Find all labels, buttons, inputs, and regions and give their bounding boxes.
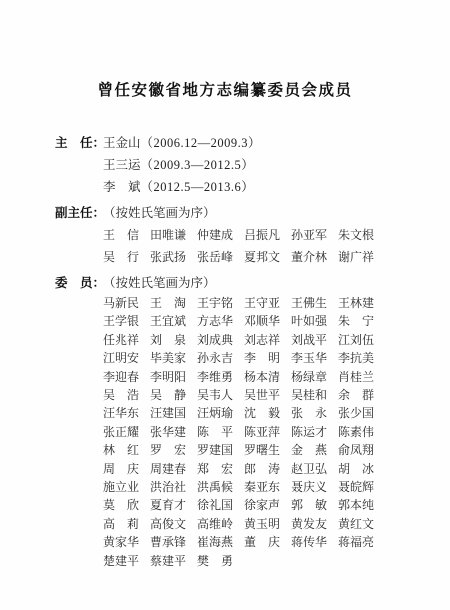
person-name: 张正耀 — [103, 423, 139, 441]
name-row: 王学银王宜斌方志华邓顺华叶如强朱 宁 — [103, 312, 450, 330]
person-name: 吴 浩 — [103, 386, 139, 404]
person-name: 罗 宏 — [150, 441, 186, 459]
person-name: 高俊文 — [150, 515, 186, 533]
person-name: 王 淘 — [150, 294, 186, 312]
vice-chairman-content: （按姓氏笔画为序） 王 信田唯谦仲建成吕振凡孙亚军朱文根吴 行张武扬张岳峰夏邦文… — [103, 202, 450, 268]
name-row: 吴 浩吴 静吴韦人吴世平吴桂和余 群 — [103, 386, 450, 404]
person-name: 王佛生 — [291, 294, 327, 312]
person-name: 刘成典 — [197, 331, 233, 349]
person-name: 徐礼国 — [197, 496, 233, 514]
person-name: 黄发友 — [291, 515, 327, 533]
person-name: 李明阳 — [150, 368, 186, 386]
person-name: 吴世平 — [244, 386, 280, 404]
person-name: 洪治社 — [150, 478, 186, 496]
person-name: 高 莉 — [103, 515, 139, 533]
members-name-rows: 马新民王 淘王宇铭王守亚王佛生王林建王学银王宜斌方志华邓顺华叶如强朱 宁任兆祥刘… — [103, 294, 450, 570]
name-row: 黄家华曹承锋崔海燕董 庆蒋传华蒋福亮 — [103, 533, 450, 551]
person-name: 施立业 — [103, 478, 139, 496]
person-name: 吴韦人 — [197, 386, 233, 404]
person-name: 吴桂和 — [291, 386, 327, 404]
person-name: 吴 行 — [103, 246, 139, 268]
person-name: 郭 敏 — [291, 496, 327, 514]
person-name: 任兆祥 — [103, 331, 139, 349]
person-name: 夏邦文 — [244, 246, 280, 268]
person-name: 李玉华 — [291, 349, 327, 367]
person-name: 江明安 — [103, 349, 139, 367]
person-name: 郎 涛 — [244, 460, 280, 478]
person-name: 李 明 — [244, 349, 280, 367]
person-name: 朱文根 — [338, 224, 374, 246]
members-label: 委 员： — [55, 272, 103, 294]
name-row: 吴 行张武扬张岳峰夏邦文董介林谢广祥 — [103, 246, 450, 268]
term-dates: （2012.5—2013.6） — [141, 180, 255, 194]
name-row: 马新民王 淘王宇铭王守亚王佛生王林建 — [103, 294, 450, 312]
person-name: 王林建 — [338, 294, 374, 312]
person-name: 毕美家 — [150, 349, 186, 367]
person-name: 张少国 — [338, 404, 374, 422]
person-name: 仲建成 — [197, 224, 233, 246]
person-name: 罗曙生 — [244, 441, 280, 459]
chairman-label: 主 任： — [55, 132, 103, 154]
person-name: 蒋福亮 — [338, 533, 374, 551]
person-name: 崔海燕 — [197, 533, 233, 551]
person-name: 王金山 — [103, 132, 141, 154]
person-name: 楚建平 — [103, 552, 139, 570]
name-row: 张正耀张华建陈 平陈亚萍陈运才陈素伟 — [103, 423, 450, 441]
person-name: 孙永吉 — [197, 349, 233, 367]
person-name: 王三运 — [103, 154, 141, 176]
person-name: 王 信 — [103, 224, 139, 246]
term-dates: （2009.3—2012.5） — [141, 158, 255, 172]
name-row: 高 莉高俊文高维岭黄玉明黄发友黄红文 — [103, 515, 450, 533]
person-name: 夏育才 — [150, 496, 186, 514]
name-row: 任兆祥刘 泉刘成典刘志祥刘战平江刘伍 — [103, 331, 450, 349]
person-name: 高维岭 — [197, 515, 233, 533]
person-name: 陈亚萍 — [244, 423, 280, 441]
person-name: 王守亚 — [244, 294, 280, 312]
vice-chairman-name-rows: 王 信田唯谦仲建成吕振凡孙亚军朱文根吴 行张武扬张岳峰夏邦文董介林谢广祥 — [103, 224, 450, 268]
name-row: 莫 欣夏育才徐礼国徐家声郭 敏郭本纯 — [103, 496, 450, 514]
person-name: 罗建国 — [197, 441, 233, 459]
person-name: 余 群 — [338, 386, 374, 404]
person-name: 黄家华 — [103, 533, 139, 551]
members-content: （按姓氏笔画为序） 马新民王 淘王宇铭王守亚王佛生王林建王学银王宜斌方志华邓顺华… — [103, 272, 450, 570]
person-name: 郭本纯 — [338, 496, 374, 514]
person-name: 李 斌 — [103, 176, 141, 198]
members-section: 委 员： （按姓氏笔画为序） 马新民王 淘王宇铭王守亚王佛生王林建王学银王宜斌方… — [0, 272, 450, 570]
person-name: 洪禹候 — [197, 478, 233, 496]
person-name: 蔡建平 — [150, 552, 186, 570]
chairman-section: 主 任： 王金山（2006.12—2009.3）王三运（2009.3—2012.… — [0, 132, 450, 198]
person-name: 黄红文 — [338, 515, 374, 533]
person-name: 谢广祥 — [338, 246, 374, 268]
person-name: 郑 宏 — [197, 460, 233, 478]
name-row: 周 庆周建春郑 宏郎 涛赵卫弘胡 冰 — [103, 460, 450, 478]
person-name: 张岳峰 — [197, 246, 233, 268]
person-name: 孙亚军 — [291, 224, 327, 246]
person-name: 赵卫弘 — [291, 460, 327, 478]
page-title: 曾任安徽省地方志编纂委员会成员 — [0, 0, 450, 100]
person-name: 曹承锋 — [150, 533, 186, 551]
person-name: 金 燕 — [291, 441, 327, 459]
name-row: 李迎春李明阳李维勇杨本清杨绿章肖桂兰 — [103, 368, 450, 386]
person-name: 汪炳瑜 — [197, 404, 233, 422]
person-name: 张 永 — [291, 404, 327, 422]
name-row: 江明安毕美家孙永吉李 明李玉华李抗美 — [103, 349, 450, 367]
name-row: 林 红罗 宏罗建国罗曙生金 燕俞凤翔 — [103, 441, 450, 459]
vice-chairman-sort-note: （按姓氏笔画为序） — [103, 202, 450, 224]
person-name: 吴 静 — [150, 386, 186, 404]
name-row: 王 信田唯谦仲建成吕振凡孙亚军朱文根 — [103, 224, 450, 246]
person-name: 刘 泉 — [150, 331, 186, 349]
vice-chairman-label: 副主任： — [55, 202, 103, 224]
person-name: 董介林 — [291, 246, 327, 268]
document-page: 曾任安徽省地方志编纂委员会成员 主 任： 王金山（2006.12—2009.3）… — [0, 0, 450, 610]
person-name: 蒋传华 — [291, 533, 327, 551]
vice-chairman-section: 副主任： （按姓氏笔画为序） 王 信田唯谦仲建成吕振凡孙亚军朱文根吴 行张武扬张… — [0, 202, 450, 268]
person-name: 黄玉明 — [244, 515, 280, 533]
person-name: 张武扬 — [150, 246, 186, 268]
name-row: 施立业洪治社洪禹候秦亚东聂庆义聂皖辉 — [103, 478, 450, 496]
person-name: 李维勇 — [197, 368, 233, 386]
person-name: 李迎春 — [103, 368, 139, 386]
person-name: 王学银 — [103, 312, 139, 330]
person-name: 朱 宁 — [338, 312, 374, 330]
person-name: 陈素伟 — [338, 423, 374, 441]
name-row: 汪华东汪建国汪炳瑜沈 毅张 永张少国 — [103, 404, 450, 422]
person-name: 秦亚东 — [244, 478, 280, 496]
person-name: 莫 欣 — [103, 496, 139, 514]
person-name: 刘志祥 — [244, 331, 280, 349]
chairman-entry: 李 斌（2012.5—2013.6） — [103, 176, 450, 198]
members-sort-note: （按姓氏笔画为序） — [103, 272, 450, 294]
person-name: 胡 冰 — [338, 460, 374, 478]
person-name: 田唯谦 — [150, 224, 186, 246]
person-name: 李抗美 — [338, 349, 374, 367]
person-name: 聂庆义 — [291, 478, 327, 496]
person-name: 陈 平 — [197, 423, 233, 441]
person-name: 董 庆 — [244, 533, 280, 551]
person-name: 俞凤翔 — [338, 441, 374, 459]
name-row: 楚建平蔡建平樊 勇 — [103, 552, 450, 570]
chairman-entry: 王三运（2009.3—2012.5） — [103, 154, 450, 176]
person-name: 樊 勇 — [197, 552, 233, 570]
person-name: 方志华 — [197, 312, 233, 330]
person-name: 沈 毅 — [244, 404, 280, 422]
person-name: 聂皖辉 — [338, 478, 374, 496]
person-name: 汪建国 — [150, 404, 186, 422]
person-name: 江刘伍 — [338, 331, 374, 349]
chairman-entry: 王金山（2006.12—2009.3） — [103, 132, 450, 154]
person-name: 吕振凡 — [244, 224, 280, 246]
person-name: 周建春 — [150, 460, 186, 478]
person-name: 王宜斌 — [150, 312, 186, 330]
person-name: 刘战平 — [291, 331, 327, 349]
person-name: 林 红 — [103, 441, 139, 459]
person-name: 王宇铭 — [197, 294, 233, 312]
chairman-entries: 王金山（2006.12—2009.3）王三运（2009.3—2012.5）李 斌… — [103, 132, 450, 198]
person-name: 肖桂兰 — [338, 368, 374, 386]
person-name: 周 庆 — [103, 460, 139, 478]
person-name: 杨本清 — [244, 368, 280, 386]
term-dates: （2006.12—2009.3） — [141, 136, 262, 150]
person-name: 汪华东 — [103, 404, 139, 422]
person-name: 张华建 — [150, 423, 186, 441]
person-name: 马新民 — [103, 294, 139, 312]
person-name: 邓顺华 — [244, 312, 280, 330]
person-name: 徐家声 — [244, 496, 280, 514]
person-name: 叶如强 — [291, 312, 327, 330]
person-name: 杨绿章 — [291, 368, 327, 386]
person-name: 陈运才 — [291, 423, 327, 441]
